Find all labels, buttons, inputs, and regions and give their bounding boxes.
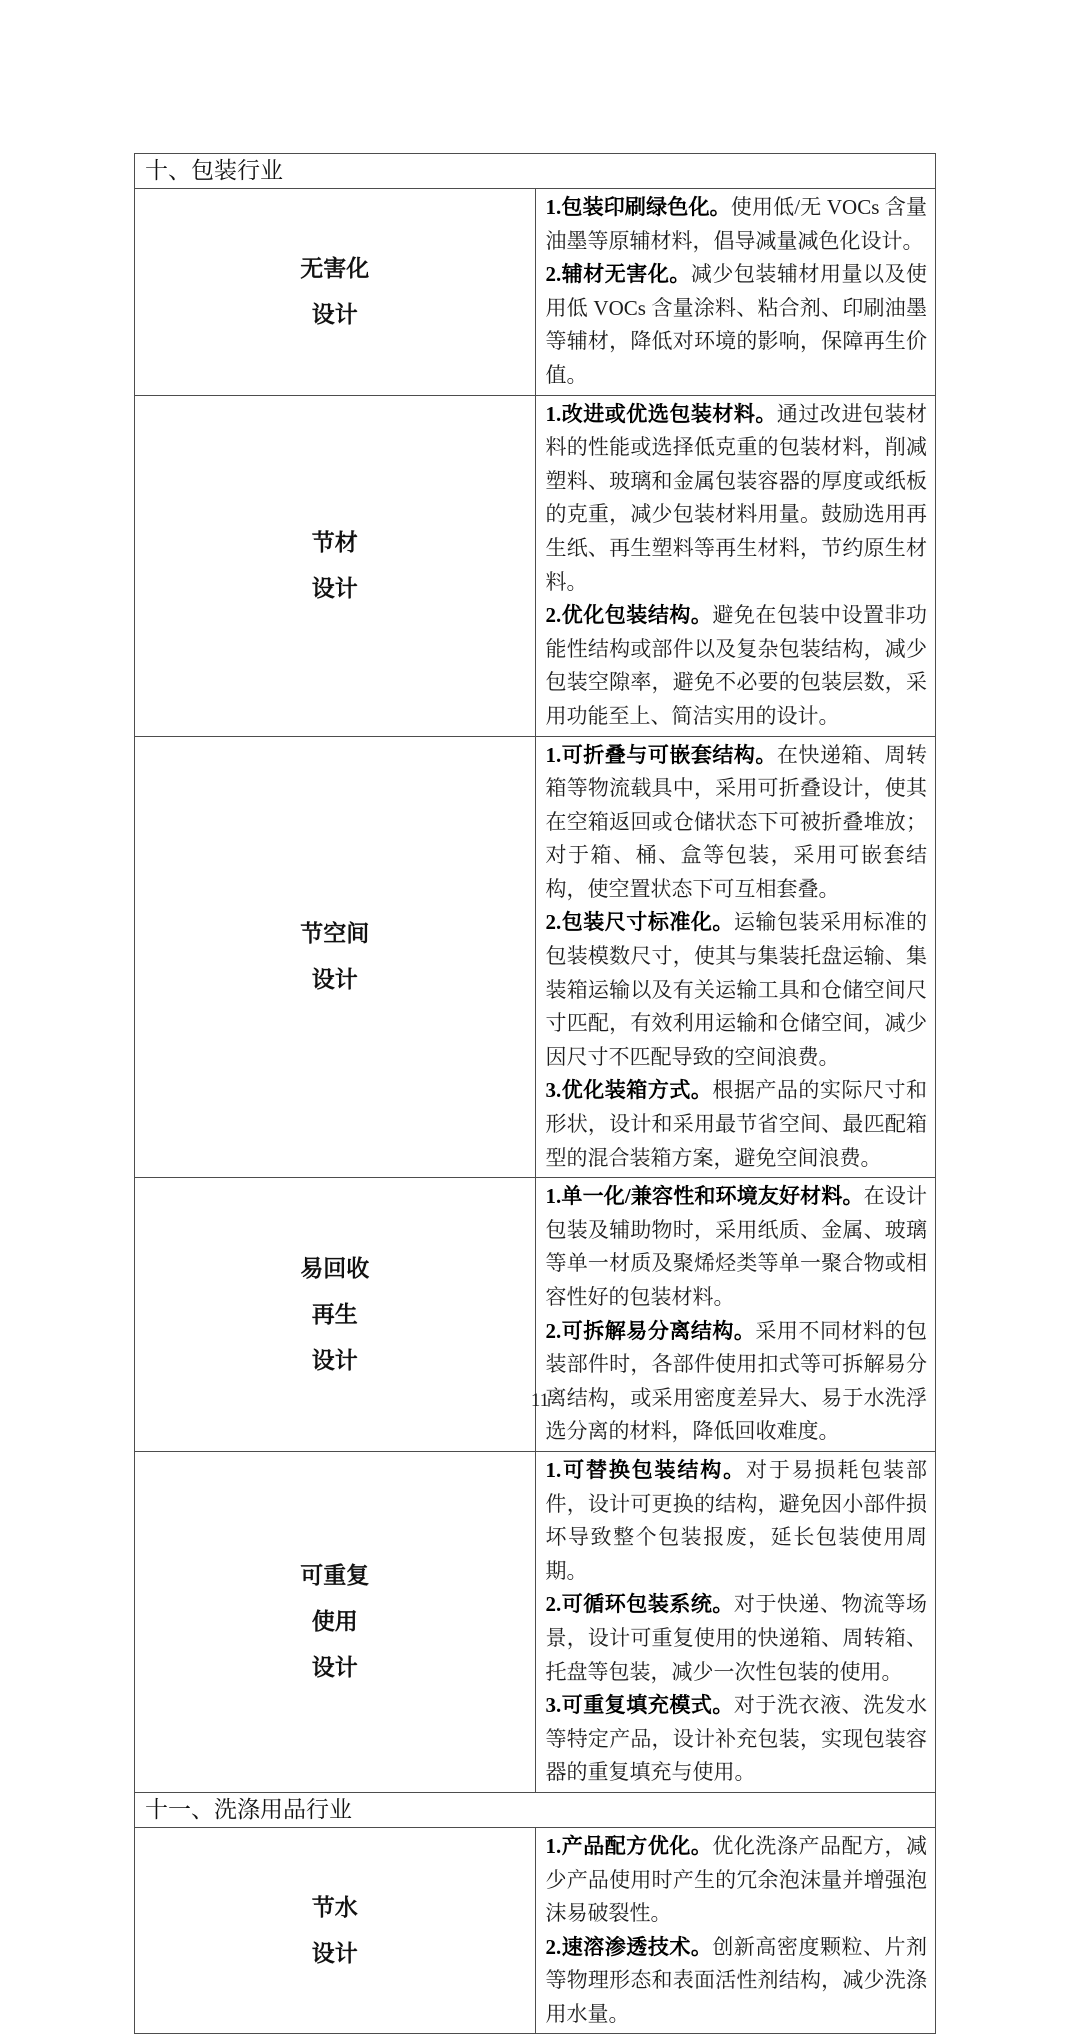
- design-item-title: 2.辅材无害化。: [546, 262, 691, 286]
- table-row: 节水 设计 1.产品配方优化。优化洗涤产品配方，减少产品使用时产生的冗余泡沫量并…: [135, 1827, 936, 2034]
- page-number: 11: [0, 1390, 1080, 1412]
- row-label-line: 设计: [137, 292, 533, 338]
- design-item-title: 1.可替换包装结构。: [546, 1458, 746, 1482]
- row-label-line: 再生: [137, 1292, 533, 1338]
- design-item: 1.可替换包装结构。对于易损耗包装部件，设计可更换的结构，避免因小部件损坏导致整…: [546, 1454, 928, 1588]
- design-item: 2.可循环包装系统。对于快递、物流等场景，设计可重复使用的快递箱、周转箱、托盘等…: [546, 1588, 928, 1689]
- row-label-material-saving-design: 节材 设计: [135, 395, 536, 736]
- row-label-line: 易回收: [137, 1246, 533, 1292]
- design-item: 1.包装印刷绿色化。使用低/无 VOCs 含量油墨等原辅材料，倡导减量减色化设计…: [546, 191, 928, 258]
- design-item-title: 2.可循环包装系统。: [546, 1592, 734, 1616]
- table-row: 无害化 设计 1.包装印刷绿色化。使用低/无 VOCs 含量油墨等原辅材料，倡导…: [135, 189, 936, 396]
- row-label-space-saving-design: 节空间 设计: [135, 736, 536, 1178]
- row-label-line: 使用: [137, 1599, 533, 1645]
- design-item: 2.速溶渗透技术。创新高密度颗粒、片剂等物理形态和表面活性剂结构，减少洗涤用水量…: [546, 1931, 928, 2032]
- design-item: 3.优化装箱方式。根据产品的实际尺寸和形状，设计和采用最节省空间、最匹配箱型的混…: [546, 1074, 928, 1175]
- row-label-water-saving-design: 节水 设计: [135, 1827, 536, 2034]
- design-item: 1.改进或优选包装材料。通过改进包装材料的性能或选择低克重的包装材料，削减塑料、…: [546, 398, 928, 600]
- design-item: 2.辅材无害化。减少包装辅材用量以及使用低 VOCs 含量涂料、粘合剂、印刷油墨…: [546, 258, 928, 392]
- design-item-title: 1.可折叠与可嵌套结构。: [546, 743, 777, 767]
- row-label-line: 无害化: [137, 246, 533, 292]
- row-content: 1.可折叠与可嵌套结构。在快递箱、周转箱等物流载具中，采用可折叠设计，使其在空箱…: [535, 736, 936, 1178]
- row-label-line: 设计: [137, 1338, 533, 1384]
- section-header-detergent: 十一、洗涤用品行业: [135, 1792, 936, 1827]
- design-item-title: 3.优化装箱方式。: [546, 1078, 713, 1102]
- row-label-line: 设计: [137, 957, 533, 1003]
- design-item-title: 1.产品配方优化。: [546, 1834, 713, 1858]
- design-item: 3.可重复填充模式。对于洗衣液、洗发水等特定产品，设计补充包装，实现包装容器的重…: [546, 1689, 928, 1790]
- row-label-line: 设计: [137, 566, 533, 612]
- row-label-reusable-design: 可重复 使用 设计: [135, 1451, 536, 1792]
- design-item-title: 1.改进或优选包装材料。: [546, 402, 777, 426]
- row-label-harmless-design: 无害化 设计: [135, 189, 536, 396]
- row-content: 1.产品配方优化。优化洗涤产品配方，减少产品使用时产生的冗余泡沫量并增强泡沫易破…: [535, 1827, 936, 2034]
- row-content: 1.改进或优选包装材料。通过改进包装材料的性能或选择低克重的包装材料，削减塑料、…: [535, 395, 936, 736]
- design-item-title: 3.可重复填充模式。: [546, 1693, 734, 1717]
- row-label-line: 节空间: [137, 911, 533, 957]
- table-row: 节材 设计 1.改进或优选包装材料。通过改进包装材料的性能或选择低克重的包装材料…: [135, 395, 936, 736]
- design-item: 1.单一化/兼容性和环境友好材料。在设计包装及辅助物时，采用纸质、金属、玻璃等单…: [546, 1180, 928, 1314]
- table-row: 节空间 设计 1.可折叠与可嵌套结构。在快递箱、周转箱等物流载具中，采用可折叠设…: [135, 736, 936, 1178]
- design-item-title: 1.包装印刷绿色化。: [546, 195, 731, 219]
- row-content: 1.可替换包装结构。对于易损耗包装部件，设计可更换的结构，避免因小部件损坏导致整…: [535, 1451, 936, 1792]
- design-item: 1.产品配方优化。优化洗涤产品配方，减少产品使用时产生的冗余泡沫量并增强泡沫易破…: [546, 1830, 928, 1931]
- design-item-text: 通过改进包装材料的性能或选择低克重的包装材料，削减塑料、玻璃和金属包装容器的厚度…: [546, 402, 928, 594]
- design-item: 1.可折叠与可嵌套结构。在快递箱、周转箱等物流载具中，采用可折叠设计，使其在空箱…: [546, 739, 928, 907]
- section-header-row: 十、包装行业: [135, 154, 936, 189]
- section-header-packaging: 十、包装行业: [135, 154, 936, 189]
- design-item: 2.可拆解易分离结构。采用不同材料的包装部件时，各部件使用扣式等可拆解易分离结构…: [546, 1315, 928, 1449]
- row-label-line: 设计: [137, 1931, 533, 1977]
- row-label-line: 节材: [137, 520, 533, 566]
- design-item-title: 2.包装尺寸标准化。: [546, 910, 734, 934]
- design-item-title: 1.单一化/兼容性和环境友好材料。: [546, 1184, 864, 1208]
- table-row: 可重复 使用 设计 1.可替换包装结构。对于易损耗包装部件，设计可更换的结构，避…: [135, 1451, 936, 1792]
- document-page: { "page": { "number": "11" }, "table": {…: [0, 0, 1080, 1527]
- design-item: 2.包装尺寸标准化。运输包装采用标准的包装模数尺寸，使其与集装托盘运输、集装箱运…: [546, 906, 928, 1074]
- row-label-line: 节水: [137, 1885, 533, 1931]
- row-label-line: 可重复: [137, 1553, 533, 1599]
- design-item-title: 2.速溶渗透技术。: [546, 1935, 713, 1959]
- row-label-line: 设计: [137, 1645, 533, 1691]
- design-item-title: 2.可拆解易分离结构。: [546, 1319, 756, 1343]
- design-item-title: 2.优化包装结构。: [546, 603, 713, 627]
- row-content: 1.包装印刷绿色化。使用低/无 VOCs 含量油墨等原辅材料，倡导减量减色化设计…: [535, 189, 936, 396]
- industry-design-table: 十、包装行业 无害化 设计 1.包装印刷绿色化。使用低/无 VOCs 含量油墨等…: [134, 153, 936, 2034]
- section-header-row: 十一、洗涤用品行业: [135, 1792, 936, 1827]
- design-item: 2.优化包装结构。避免在包装中设置非功能性结构或部件以及复杂包装结构，减少包装空…: [546, 599, 928, 733]
